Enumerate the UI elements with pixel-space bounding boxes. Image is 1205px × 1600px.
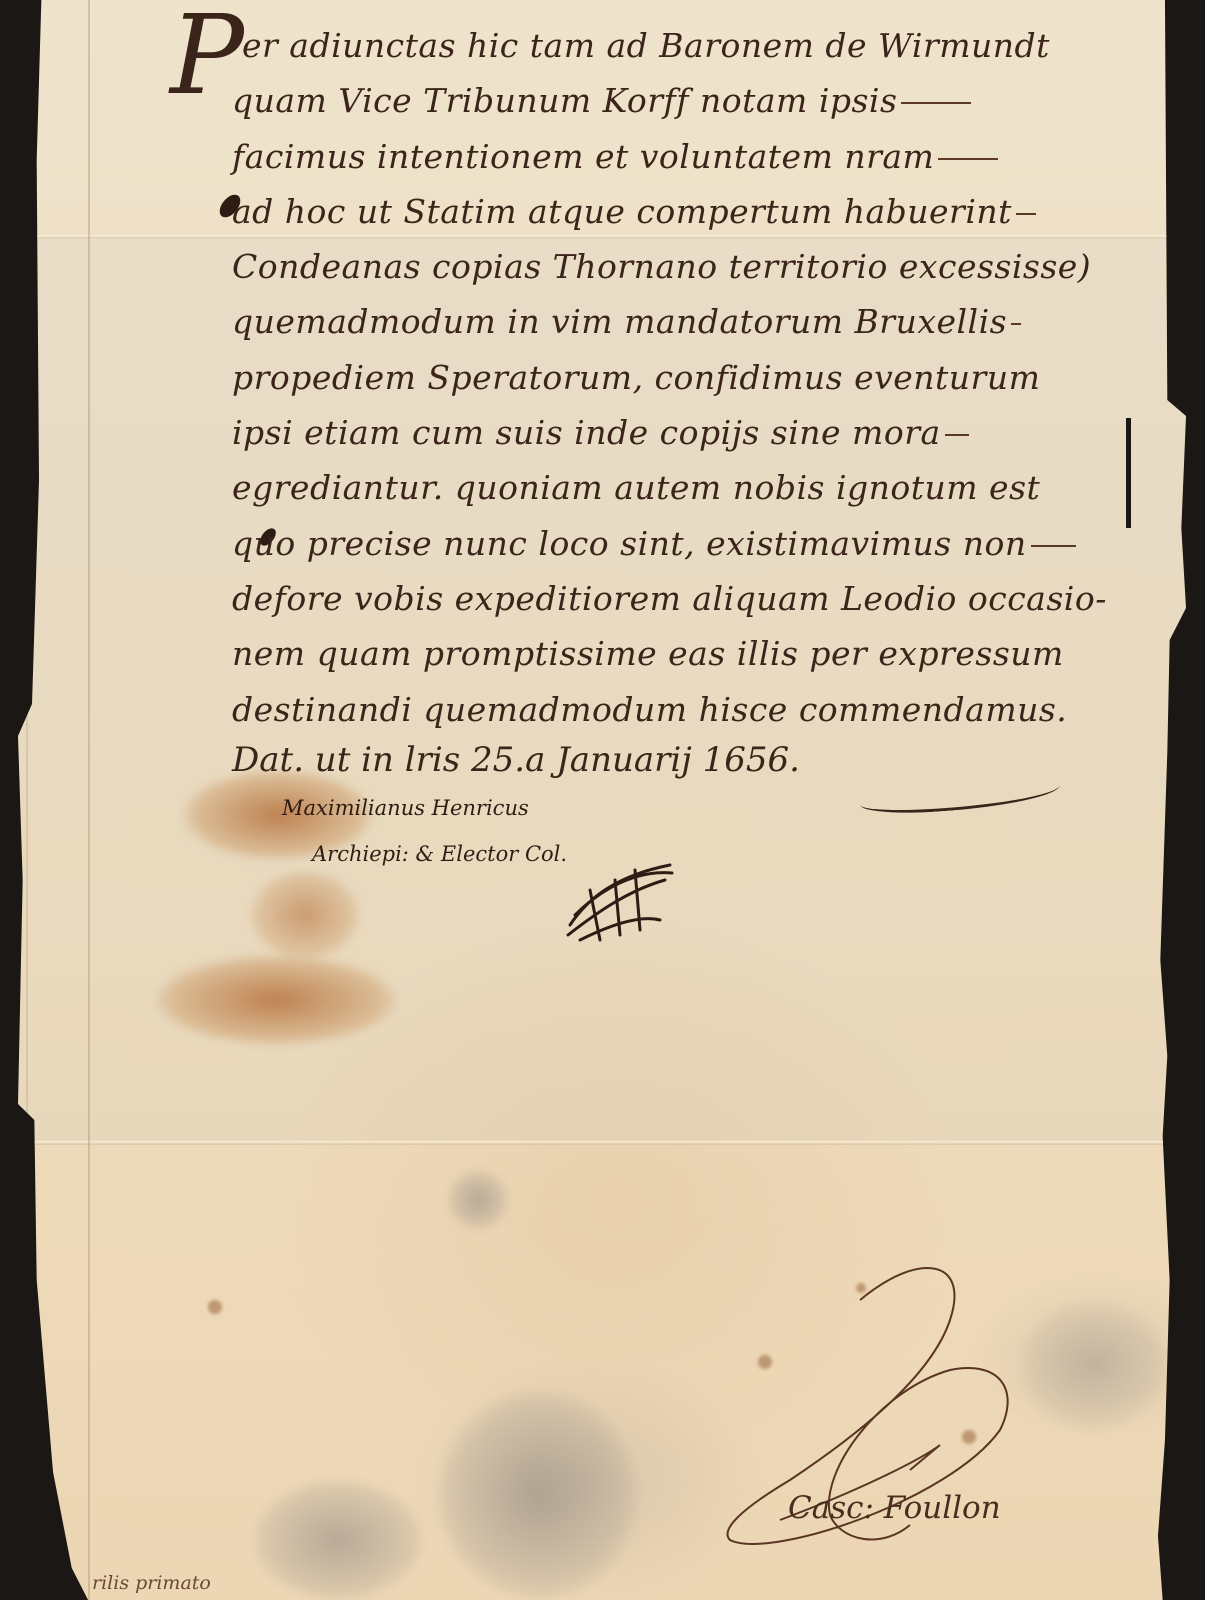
letter-line: er adiunctas hic tam ad Baronem de Wirmu…	[232, 18, 1152, 73]
dateline: Dat. ut in lris 25.a Januarij 1656.	[232, 740, 800, 780]
letter-line: ipsi etiam cum suis inde copijs sine mor…	[232, 405, 1152, 460]
margin-rule-line	[88, 0, 90, 1600]
fold-line-lower	[18, 1141, 1186, 1145]
stain-grey-center	[438, 1390, 638, 1600]
margin-ink-bar	[1126, 418, 1131, 528]
foxing-spot	[208, 1300, 222, 1314]
letter-line: quemadmodum in vim mandatorum Bruxellis	[232, 294, 1152, 349]
line-filler-dash	[1016, 213, 1036, 215]
line-filler-dash	[901, 102, 971, 104]
stain-grey-left	[253, 1480, 423, 1600]
line-filler-dash	[1011, 323, 1021, 325]
edge-rule-line	[26, 0, 28, 1600]
signer-title: Archiepi: & Elector Col.	[312, 842, 567, 866]
letter-line: Condeanas copias Thornano territorio exc…	[232, 239, 1152, 294]
letter-body: er adiunctas hic tam ad Baronem de Wirmu…	[232, 18, 1152, 737]
margin-note: rilis primato	[92, 1572, 211, 1594]
letter-line: egrediantur. quoniam autem nobis ignotum…	[232, 460, 1152, 515]
signature-paraph-icon	[560, 855, 678, 945]
letter-line: defore vobis expeditiorem aliquam Leodio…	[232, 571, 1152, 626]
letter-line: nem quam promptissime eas illis per expr…	[232, 626, 1152, 681]
scan-background: P er adiunctas hic tam ad Baronem de Wir…	[0, 0, 1205, 1600]
stain-brown-lower	[156, 955, 396, 1045]
letter-line: facimus intentionem et voluntatem nram	[232, 129, 1152, 184]
letter-line: quam Vice Tribunum Korff notam ipsis	[232, 73, 1152, 128]
letter-line: quo precise nunc loco sint, existimavimu…	[232, 516, 1152, 571]
stain-grey-small	[448, 1170, 508, 1230]
line-filler-dash	[938, 158, 998, 160]
line-filler-dash	[945, 434, 969, 436]
signer-name: Maximilianus Henricus	[282, 796, 529, 820]
letter-line: ad hoc ut Statim atque compertum habueri…	[232, 184, 1152, 239]
stain-brown-middle	[250, 870, 360, 960]
letter-line: propediem Speratorum, confidimus eventur…	[232, 350, 1152, 405]
letter-line: destinandi quemadmodum hisce commendamus…	[232, 682, 1152, 737]
countersign-name: Casc: Foullon	[788, 1490, 1001, 1526]
line-filler-dash	[1031, 545, 1076, 547]
